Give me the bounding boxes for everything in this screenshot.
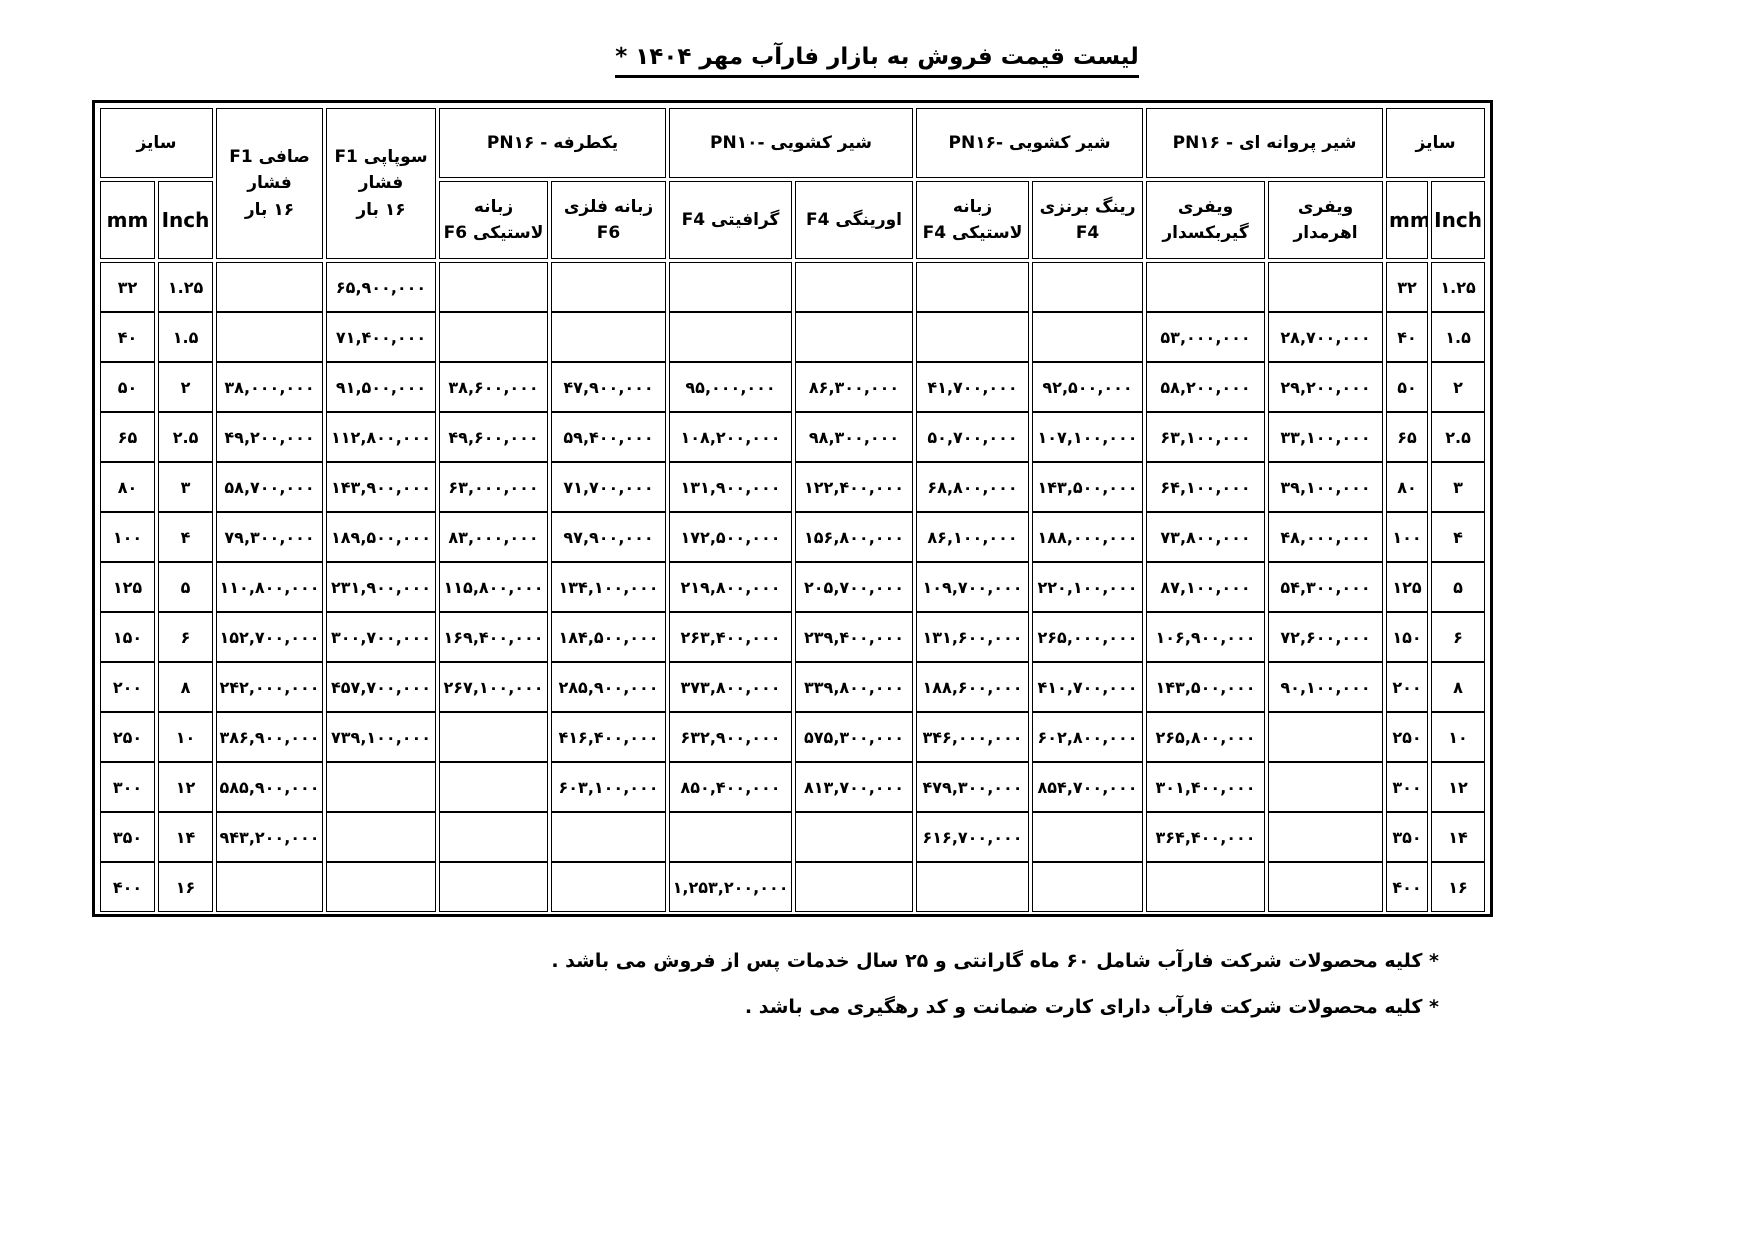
price-cell: ۶۸,۸۰۰,۰۰۰ [916,462,1029,512]
price-cell: ۱۰۶,۹۰۰,۰۰۰ [1146,612,1265,662]
price-cell: ۲۴۲,۰۰۰,۰۰۰ [216,662,323,712]
price-cell: ۳۸,۶۰۰,۰۰۰ [439,362,548,412]
price-cell: ۶۳۲,۹۰۰,۰۰۰ [669,712,792,762]
size-cell: ۱۰۰ [100,512,155,562]
col-header-foot-valve: سوپاپی F1 فشار ۱۶ بار [326,108,436,259]
col-header-bronze-ring: رینگ برنزی F4 [1032,181,1143,259]
col-header-graphite: گرافیتی F4 [669,181,792,259]
price-cell: ۲۰۵,۷۰۰,۰۰۰ [795,562,913,612]
size-cell: ۳۰۰ [1386,762,1428,812]
size-cell: ۶ [1431,612,1485,662]
price-cell: ۲۳۹,۴۰۰,۰۰۰ [795,612,913,662]
price-cell: ۵۸۵,۹۰۰,۰۰۰ [216,762,323,812]
price-cell: ۳۰۰,۷۰۰,۰۰۰ [326,612,436,662]
size-cell: ۲۵۰ [1386,712,1428,762]
price-cell [439,812,548,862]
price-cell: ۱۴۳,۵۰۰,۰۰۰ [1146,662,1265,712]
price-cell [551,262,666,312]
price-cell: ۹۵,۰۰۰,۰۰۰ [669,362,792,412]
price-cell: ۱۶۹,۴۰۰,۰۰۰ [439,612,548,662]
price-cell: ۴۷,۹۰۰,۰۰۰ [551,362,666,412]
price-cell: ۲۶۷,۱۰۰,۰۰۰ [439,662,548,712]
size-cell: ۵۰ [100,362,155,412]
size-cell: ۲۰۰ [100,662,155,712]
price-cell: ۹۱,۵۰۰,۰۰۰ [326,362,436,412]
price-table-rows: ۱.۲۵۳۲۶۵,۹۰۰,۰۰۰۱.۲۵۳۲۱.۵۴۰۲۸,۷۰۰,۰۰۰۵۳,… [97,262,1488,912]
price-table: سایز شیر پروانه ای - PN۱۶ شیر کشویی -PN۱… [92,100,1493,917]
price-cell: ۱۱۲,۸۰۰,۰۰۰ [326,412,436,462]
table-row: ۱۲۳۰۰۳۰۱,۴۰۰,۰۰۰۸۵۴,۷۰۰,۰۰۰۴۷۹,۳۰۰,۰۰۰۸۱… [100,762,1485,812]
price-cell: ۳۸۶,۹۰۰,۰۰۰ [216,712,323,762]
col-header-strainer: صافی F1 فشار ۱۶ بار [216,108,323,259]
header-gate-valve-pn10-group: شیر کشویی -PN۱۰ [669,108,913,178]
size-cell: ۱۶ [1431,862,1485,912]
price-cell [795,262,913,312]
price-cell: ۷۳۹,۱۰۰,۰۰۰ [326,712,436,762]
size-cell: ۴ [158,512,213,562]
size-cell: ۲.۵ [158,412,213,462]
price-cell: ۱۲۲,۴۰۰,۰۰۰ [795,462,913,512]
price-cell: ۸۵۰,۴۰۰,۰۰۰ [669,762,792,812]
price-cell [1268,812,1383,862]
col-header-wafer-lever: ویفری اهرمدار [1268,181,1383,259]
price-cell: ۱۵۶,۸۰۰,۰۰۰ [795,512,913,562]
price-cell [551,312,666,362]
price-cell: ۱۵۲,۷۰۰,۰۰۰ [216,612,323,662]
price-cell [1146,262,1265,312]
price-cell: ۳۹,۱۰۰,۰۰۰ [1268,462,1383,512]
size-cell: ۸۰ [100,462,155,512]
size-cell: ۱۲۵ [100,562,155,612]
size-cell: ۳۲ [1386,262,1428,312]
size-cell: ۲.۵ [1431,412,1485,462]
price-cell: ۴۱۰,۷۰۰,۰۰۰ [1032,662,1143,712]
price-cell: ۱۴۳,۵۰۰,۰۰۰ [1032,462,1143,512]
table-row: ۶۱۵۰۷۲,۶۰۰,۰۰۰۱۰۶,۹۰۰,۰۰۰۲۶۵,۰۰۰,۰۰۰۱۳۱,… [100,612,1485,662]
price-cell [1146,862,1265,912]
size-cell: ۳۵۰ [1386,812,1428,862]
price-cell [1032,862,1143,912]
page-title: لیست قیمت فروش به بازار فارآب مهر ۱۴۰۴ * [615,44,1139,78]
col-header-mm-right: mm [1386,181,1428,259]
size-cell: ۳ [158,462,213,512]
price-cell [795,812,913,862]
price-cell [1268,262,1383,312]
price-cell [439,762,548,812]
col-header-rubber-tongue-f6: زبانه لاستیکی F6 [439,181,548,259]
price-cell [439,312,548,362]
col-header-inch-left: Inch [158,181,213,259]
price-cell: ۱۸۸,۰۰۰,۰۰۰ [1032,512,1143,562]
price-cell: ۵۳,۰۰۰,۰۰۰ [1146,312,1265,362]
header-butterfly-valve-group: شیر پروانه ای - PN۱۶ [1146,108,1383,178]
header-size-group-left: سایز [100,108,213,178]
size-cell: ۶ [158,612,213,662]
size-cell: ۱۴ [1431,812,1485,862]
price-cell: ۵۸,۲۰۰,۰۰۰ [1146,362,1265,412]
header-gate-valve-pn16-group: شیر کشویی -PN۱۶ [916,108,1143,178]
price-cell [669,312,792,362]
header-check-valve-group: یکطرفه - PN۱۶ [439,108,666,178]
price-cell [1032,312,1143,362]
size-cell: ۴۰۰ [1386,862,1428,912]
size-cell: ۳۲ [100,262,155,312]
price-cell: ۶۴,۱۰۰,۰۰۰ [1146,462,1265,512]
price-cell: ۲۲۰,۱۰۰,۰۰۰ [1032,562,1143,612]
price-cell: ۹۷,۹۰۰,۰۰۰ [551,512,666,562]
price-cell: ۲۹,۲۰۰,۰۰۰ [1268,362,1383,412]
size-cell: ۶۵ [100,412,155,462]
col-header-rubber-tongue-f4: زبانه لاستیکی F4 [916,181,1029,259]
price-cell [669,812,792,862]
size-cell: ۳۵۰ [100,812,155,862]
price-cell: ۲۶۵,۸۰۰,۰۰۰ [1146,712,1265,762]
size-cell: ۱۵۰ [1386,612,1428,662]
price-cell: ۷۳,۸۰۰,۰۰۰ [1146,512,1265,562]
price-cell: ۹۴۳,۲۰۰,۰۰۰ [216,812,323,862]
size-cell: ۴ [1431,512,1485,562]
size-cell: ۱۶ [158,862,213,912]
price-cell: ۲۳۱,۹۰۰,۰۰۰ [326,562,436,612]
table-row: ۳۸۰۳۹,۱۰۰,۰۰۰۶۴,۱۰۰,۰۰۰۱۴۳,۵۰۰,۰۰۰۶۸,۸۰۰… [100,462,1485,512]
price-cell [439,712,548,762]
size-cell: ۶۵ [1386,412,1428,462]
col-header-oring: اورینگی F4 [795,181,913,259]
price-cell: ۵۰,۷۰۰,۰۰۰ [916,412,1029,462]
size-cell: ۲۰۰ [1386,662,1428,712]
price-cell: ۳۷۳,۸۰۰,۰۰۰ [669,662,792,712]
price-cell [326,812,436,862]
price-cell: ۴۵۷,۷۰۰,۰۰۰ [326,662,436,712]
price-cell: ۱۱۰,۸۰۰,۰۰۰ [216,562,323,612]
size-cell: ۸ [1431,662,1485,712]
price-cell: ۴۱۶,۴۰۰,۰۰۰ [551,712,666,762]
price-cell [1268,862,1383,912]
price-cell: ۷۱,۷۰۰,۰۰۰ [551,462,666,512]
price-cell: ۶۰۳,۱۰۰,۰۰۰ [551,762,666,812]
size-cell: ۵ [158,562,213,612]
col-header-inch-right: Inch [1431,181,1485,259]
size-cell: ۳ [1431,462,1485,512]
size-cell: ۱۲ [1431,762,1485,812]
size-cell: ۵ [1431,562,1485,612]
col-header-mm-left: mm [100,181,155,259]
price-cell: ۵۴,۳۰۰,۰۰۰ [1268,562,1383,612]
size-cell: ۴۰ [1386,312,1428,362]
price-cell [916,862,1029,912]
price-cell: ۵۷۵,۳۰۰,۰۰۰ [795,712,913,762]
price-cell: ۳۳,۱۰۰,۰۰۰ [1268,412,1383,462]
table-row: ۲.۵۶۵۳۳,۱۰۰,۰۰۰۶۳,۱۰۰,۰۰۰۱۰۷,۱۰۰,۰۰۰۵۰,۷… [100,412,1485,462]
price-cell: ۱۰۹,۷۰۰,۰۰۰ [916,562,1029,612]
price-cell: ۱۳۴,۱۰۰,۰۰۰ [551,562,666,612]
price-cell: ۲۶۵,۰۰۰,۰۰۰ [1032,612,1143,662]
price-cell: ۷۲,۶۰۰,۰۰۰ [1268,612,1383,662]
price-cell [439,862,548,912]
price-cell: ۱۰۷,۱۰۰,۰۰۰ [1032,412,1143,462]
price-cell [916,262,1029,312]
price-cell: ۶۵,۹۰۰,۰۰۰ [326,262,436,312]
size-cell: ۱۰ [158,712,213,762]
price-cell: ۹۲,۵۰۰,۰۰۰ [1032,362,1143,412]
price-cell: ۱۸۴,۵۰۰,۰۰۰ [551,612,666,662]
size-cell: ۱۲ [158,762,213,812]
price-cell: ۸۳,۰۰۰,۰۰۰ [439,512,548,562]
price-cell [916,312,1029,362]
footnote-warranty: * کلیه محصولات شرکت فارآب شامل ۶۰ ماه گا… [551,938,1439,984]
size-cell: ۱۰۰ [1386,512,1428,562]
table-row: ۴۱۰۰۴۸,۰۰۰,۰۰۰۷۳,۸۰۰,۰۰۰۱۸۸,۰۰۰,۰۰۰۸۶,۱۰… [100,512,1485,562]
price-cell [795,862,913,912]
price-table-body: ۱.۲۵۳۲۶۵,۹۰۰,۰۰۰۱.۲۵۳۲۱.۵۴۰۲۸,۷۰۰,۰۰۰۵۳,… [100,262,1485,912]
price-cell: ۶۰۲,۸۰۰,۰۰۰ [1032,712,1143,762]
price-cell: ۴۸,۰۰۰,۰۰۰ [1268,512,1383,562]
price-cell: ۳۰۱,۴۰۰,۰۰۰ [1146,762,1265,812]
table-row: ۱۴۳۵۰۳۶۴,۴۰۰,۰۰۰۶۱۶,۷۰۰,۰۰۰۹۴۳,۲۰۰,۰۰۰۱۴… [100,812,1485,862]
price-cell: ۶۱۶,۷۰۰,۰۰۰ [916,812,1029,862]
size-cell: ۳۰۰ [100,762,155,812]
price-cell [795,312,913,362]
size-cell: ۱.۲۵ [158,262,213,312]
price-cell: ۱۳۱,۶۰۰,۰۰۰ [916,612,1029,662]
price-cell: ۳۳۹,۸۰۰,۰۰۰ [795,662,913,712]
size-cell: ۵۰ [1386,362,1428,412]
size-cell: ۱۰ [1431,712,1485,762]
title-bar: لیست قیمت فروش به بازار فارآب مهر ۱۴۰۴ * [0,44,1754,78]
price-cell: ۳۴۶,۰۰۰,۰۰۰ [916,712,1029,762]
price-cell [439,262,548,312]
header-size-group-right: سایز [1386,108,1485,178]
price-cell: ۱۴۳,۹۰۰,۰۰۰ [326,462,436,512]
price-cell: ۱۳۱,۹۰۰,۰۰۰ [669,462,792,512]
price-cell: ۸۱۳,۷۰۰,۰۰۰ [795,762,913,812]
footnote-tracking-card: * کلیه محصولات شرکت فارآب دارای کارت ضما… [551,984,1439,1030]
price-cell: ۵۸,۷۰۰,۰۰۰ [216,462,323,512]
price-cell [216,262,323,312]
price-cell [326,862,436,912]
price-cell [669,262,792,312]
price-cell: ۸۵۴,۷۰۰,۰۰۰ [1032,762,1143,812]
size-cell: ۱۴ [158,812,213,862]
price-table-header: سایز شیر پروانه ای - PN۱۶ شیر کشویی -PN۱… [97,105,1488,262]
size-cell: ۲ [158,362,213,412]
price-cell: ۱۷۲,۵۰۰,۰۰۰ [669,512,792,562]
col-header-metal-tongue-f6: زبانه فلزی F6 [551,181,666,259]
price-cell [551,812,666,862]
price-cell [1268,712,1383,762]
size-cell: ۱.۲۵ [1431,262,1485,312]
price-cell [551,862,666,912]
price-cell: ۷۱,۴۰۰,۰۰۰ [326,312,436,362]
size-cell: ۴۰۰ [100,862,155,912]
price-cell: ۹۰,۱۰۰,۰۰۰ [1268,662,1383,712]
price-cell [216,312,323,362]
price-cell: ۱۸۸,۶۰۰,۰۰۰ [916,662,1029,712]
price-cell: ۱۱۵,۸۰۰,۰۰۰ [439,562,548,612]
price-cell: ۷۹,۳۰۰,۰۰۰ [216,512,323,562]
price-cell [216,862,323,912]
price-cell: ۴۹,۶۰۰,۰۰۰ [439,412,548,462]
table-row: ۱.۲۵۳۲۶۵,۹۰۰,۰۰۰۱.۲۵۳۲ [100,262,1485,312]
price-cell: ۲۱۹,۸۰۰,۰۰۰ [669,562,792,612]
price-cell: ۲۶۳,۴۰۰,۰۰۰ [669,612,792,662]
price-cell: ۶۳,۰۰۰,۰۰۰ [439,462,548,512]
price-cell [326,762,436,812]
size-cell: ۲۵۰ [100,712,155,762]
price-cell: ۴۷۹,۳۰۰,۰۰۰ [916,762,1029,812]
size-cell: ۱۵۰ [100,612,155,662]
price-cell: ۸۷,۱۰۰,۰۰۰ [1146,562,1265,612]
price-cell: ۱۸۹,۵۰۰,۰۰۰ [326,512,436,562]
price-cell: ۹۸,۳۰۰,۰۰۰ [795,412,913,462]
size-cell: ۱.۵ [1431,312,1485,362]
price-cell: ۳۸,۰۰۰,۰۰۰ [216,362,323,412]
price-cell [1268,762,1383,812]
size-cell: ۸۰ [1386,462,1428,512]
price-cell: ۴۹,۲۰۰,۰۰۰ [216,412,323,462]
table-row: ۱.۵۴۰۲۸,۷۰۰,۰۰۰۵۳,۰۰۰,۰۰۰۷۱,۴۰۰,۰۰۰۱.۵۴۰ [100,312,1485,362]
table-row: ۸۲۰۰۹۰,۱۰۰,۰۰۰۱۴۳,۵۰۰,۰۰۰۴۱۰,۷۰۰,۰۰۰۱۸۸,… [100,662,1485,712]
price-cell [1032,812,1143,862]
table-row: ۱۰۲۵۰۲۶۵,۸۰۰,۰۰۰۶۰۲,۸۰۰,۰۰۰۳۴۶,۰۰۰,۰۰۰۵۷… [100,712,1485,762]
col-header-wafer-gearbox: ویفری گیربکسدار [1146,181,1265,259]
price-cell: ۸۶,۱۰۰,۰۰۰ [916,512,1029,562]
price-cell: ۱,۲۵۳,۲۰۰,۰۰۰ [669,862,792,912]
size-cell: ۱۲۵ [1386,562,1428,612]
size-cell: ۲ [1431,362,1485,412]
price-cell: ۸۶,۳۰۰,۰۰۰ [795,362,913,412]
table-row: ۲۵۰۲۹,۲۰۰,۰۰۰۵۸,۲۰۰,۰۰۰۹۲,۵۰۰,۰۰۰۴۱,۷۰۰,… [100,362,1485,412]
price-cell: ۳۶۴,۴۰۰,۰۰۰ [1146,812,1265,862]
price-cell: ۶۳,۱۰۰,۰۰۰ [1146,412,1265,462]
size-cell: ۱.۵ [158,312,213,362]
table-row: ۵۱۲۵۵۴,۳۰۰,۰۰۰۸۷,۱۰۰,۰۰۰۲۲۰,۱۰۰,۰۰۰۱۰۹,۷… [100,562,1485,612]
price-cell: ۲۸۵,۹۰۰,۰۰۰ [551,662,666,712]
size-cell: ۴۰ [100,312,155,362]
price-cell: ۱۰۸,۲۰۰,۰۰۰ [669,412,792,462]
price-cell: ۴۱,۷۰۰,۰۰۰ [916,362,1029,412]
table-row: ۱۶۴۰۰۱,۲۵۳,۲۰۰,۰۰۰۱۶۴۰۰ [100,862,1485,912]
price-cell [1032,262,1143,312]
footnotes: * کلیه محصولات شرکت فارآب شامل ۶۰ ماه گا… [551,938,1439,1030]
price-cell: ۲۸,۷۰۰,۰۰۰ [1268,312,1383,362]
size-cell: ۸ [158,662,213,712]
price-cell: ۵۹,۴۰۰,۰۰۰ [551,412,666,462]
